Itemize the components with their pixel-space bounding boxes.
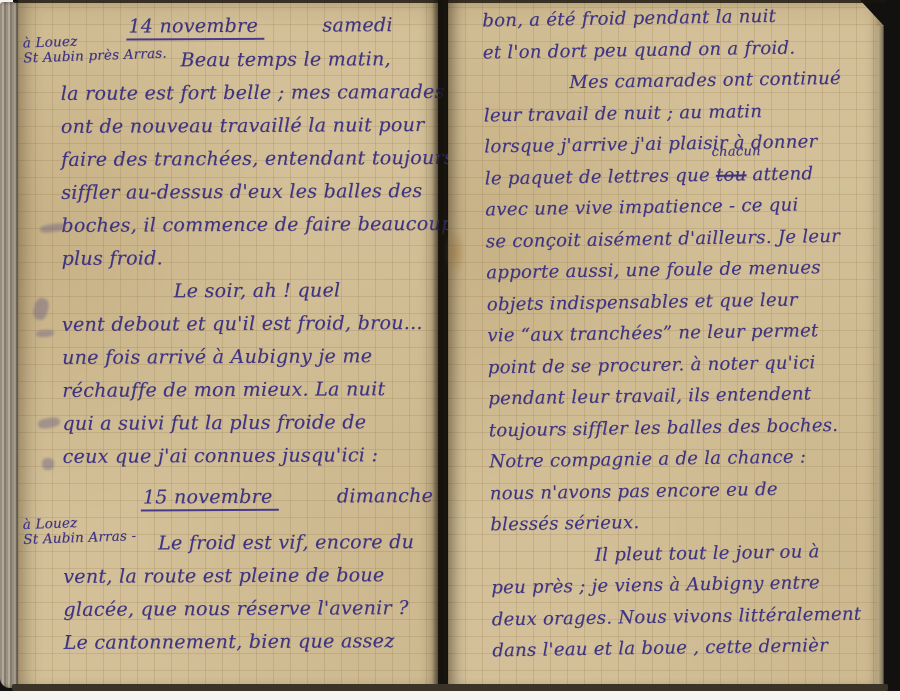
diary-line: ceux que j'ai connues jusqu'ici :: [63, 439, 433, 474]
diary-line: faire des tranchées, entendant toujours: [61, 142, 431, 177]
diary-line: ont de nouveau travaillé la nuit pour: [61, 109, 431, 144]
line-prefix: le paquet de lettres que: [485, 164, 716, 189]
diary-line: Le soir, ah ! quel: [62, 274, 432, 309]
entry-date: 15 novembre: [141, 486, 279, 512]
diary-line: glacée, que nous réserve l'avenir ?: [63, 592, 433, 627]
page-top-edge: [14, 0, 886, 3]
scanner-background-bottom: [0, 691, 900, 700]
paper-stain: [444, 228, 466, 276]
right-page-text: bon, a été froid pendant la nuit et l'on…: [448, 0, 895, 688]
diary-line: Le cantonnement, bien que assez: [63, 625, 433, 660]
page-stack-right-edge: [874, 26, 884, 684]
entry-day: samedi: [322, 14, 393, 36]
diary-scan: 14 novembre samedi Beau temps le matin, …: [0, 0, 900, 700]
diary-line: se conçoit aisément d'ailleurs. Je leur: [486, 220, 884, 258]
right-page: bon, a été froid pendant la nuit et l'on…: [448, 0, 884, 688]
diary-line: dans l'eau et la boue , cette dernièr: [492, 629, 890, 667]
diary-line: vent debout et qu'il est froid, brou...: [62, 307, 432, 342]
diary-line: une fois arrivé à Aubigny je me: [62, 340, 432, 375]
margin-note-location-bottom: à Louez St Aubin Arras -: [23, 514, 137, 548]
ink-smudge: [42, 458, 54, 470]
margin-note-location-top: à Louez St Aubin près Arras.: [23, 32, 168, 67]
diary-line: Mes camarades ont continué: [483, 62, 881, 100]
diary-line: la route est fort belle ; mes camarades: [61, 76, 431, 111]
diary-line: vent, la route est pleine de boue: [63, 559, 433, 594]
book-gutter-shadow: [432, 0, 450, 688]
diary-line: réchauffe de mon mieux. La nuit: [62, 373, 432, 408]
diary-line: deux orages. Nous vivons littéralement: [491, 598, 889, 636]
entry-heading-15-nov: 15 novembre dimanche: [63, 478, 433, 516]
diary-line: plus froid.: [61, 241, 431, 276]
struck-word: tou: [716, 164, 747, 185]
page-bottom-edge: [12, 684, 888, 691]
diary-line: boches, il commence de faire beaucoup: [61, 208, 431, 243]
line-suffix: attend: [746, 163, 813, 185]
inserted-word: chacun: [711, 145, 760, 159]
diary-line: qui a suivi fut la plus froide de: [62, 406, 432, 441]
correction: touchacun: [716, 159, 747, 191]
diary-line: siffler au-dessus d'eux les balles des: [61, 175, 431, 210]
entry-day: dimanche: [337, 485, 433, 508]
left-page: 14 novembre samedi Beau temps le matin, …: [18, 0, 438, 688]
left-page-text: 14 novembre samedi Beau temps le matin, …: [16, 0, 440, 689]
diary-line: toujours siffler les balles des boches.: [489, 409, 887, 447]
